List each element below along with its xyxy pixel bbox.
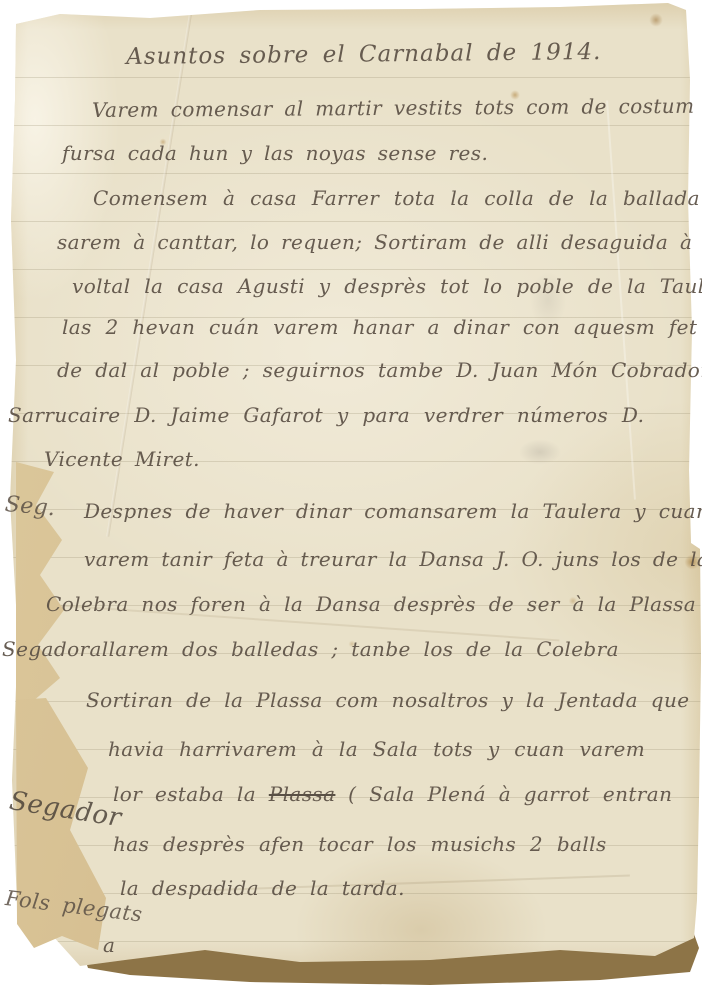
handwritten-line: fursa cada hun y las noyas sense res. [62, 141, 488, 165]
stray-letter: a [103, 933, 115, 957]
struck-word: Plassa [269, 782, 336, 806]
handwritten-line: Despnes de haver dinar comansarem la Tau… [84, 499, 702, 523]
handwritten-line: Comensem à casa Farrer tota la colla de … [93, 186, 702, 210]
text-before-strike: lor estaba la [113, 782, 269, 806]
handwritten-line: voltal la casa Agusti y desprès tot lo p… [72, 274, 702, 298]
handwritten-line: Colebra nos foren à la Dansa desprès de … [46, 592, 696, 616]
handwritten-line: Sarrucaire D. Jaime Gafarot y para verdr… [8, 403, 644, 427]
scanned-manuscript: Asuntos sobre el Carnabal de 1914. Varem… [0, 0, 702, 1000]
handwritten-line: sarem à canttar, lo requen; Sortiram de … [57, 230, 702, 254]
handwritten-line-corrected: lor estaba la Plassa ( Sala Plená à garr… [113, 782, 672, 806]
handwritten-line: la despadida de la tarda. [120, 876, 405, 900]
handwritten-line: Varem comensar al martir vestits tots co… [92, 93, 702, 122]
handwritten-line: has desprès afen tocar los musichs 2 bal… [113, 832, 607, 856]
handwritten-line: Vicente Miret. [44, 447, 200, 471]
margin-note-segador: Segador [7, 786, 123, 833]
handwritten-line: varem tanir feta à treurar la Dansa J. O… [84, 547, 702, 571]
document-title: Asuntos sobre el Carnabal de 1914. [126, 39, 601, 70]
handwriting-layer: Asuntos sobre el Carnabal de 1914. Varem… [0, 0, 702, 1000]
handwritten-line: las 2 hevan cuán varem hanar a dinar con… [62, 315, 702, 339]
handwritten-line: havia harrivarem à la Sala tots y cuan v… [108, 737, 645, 761]
margin-note-seg: Seg. [4, 492, 57, 521]
handwritten-line: Sortiran de la Plassa com nosaltros y la… [86, 688, 689, 712]
handwritten-line: de dal al poble ; seguirnos tambe D. Jua… [57, 358, 702, 382]
text-after-strike: ( Sala Plená à garrot entran [335, 782, 672, 806]
handwritten-line: Segadorallarem dos balledas ; tanbe los … [2, 637, 619, 661]
